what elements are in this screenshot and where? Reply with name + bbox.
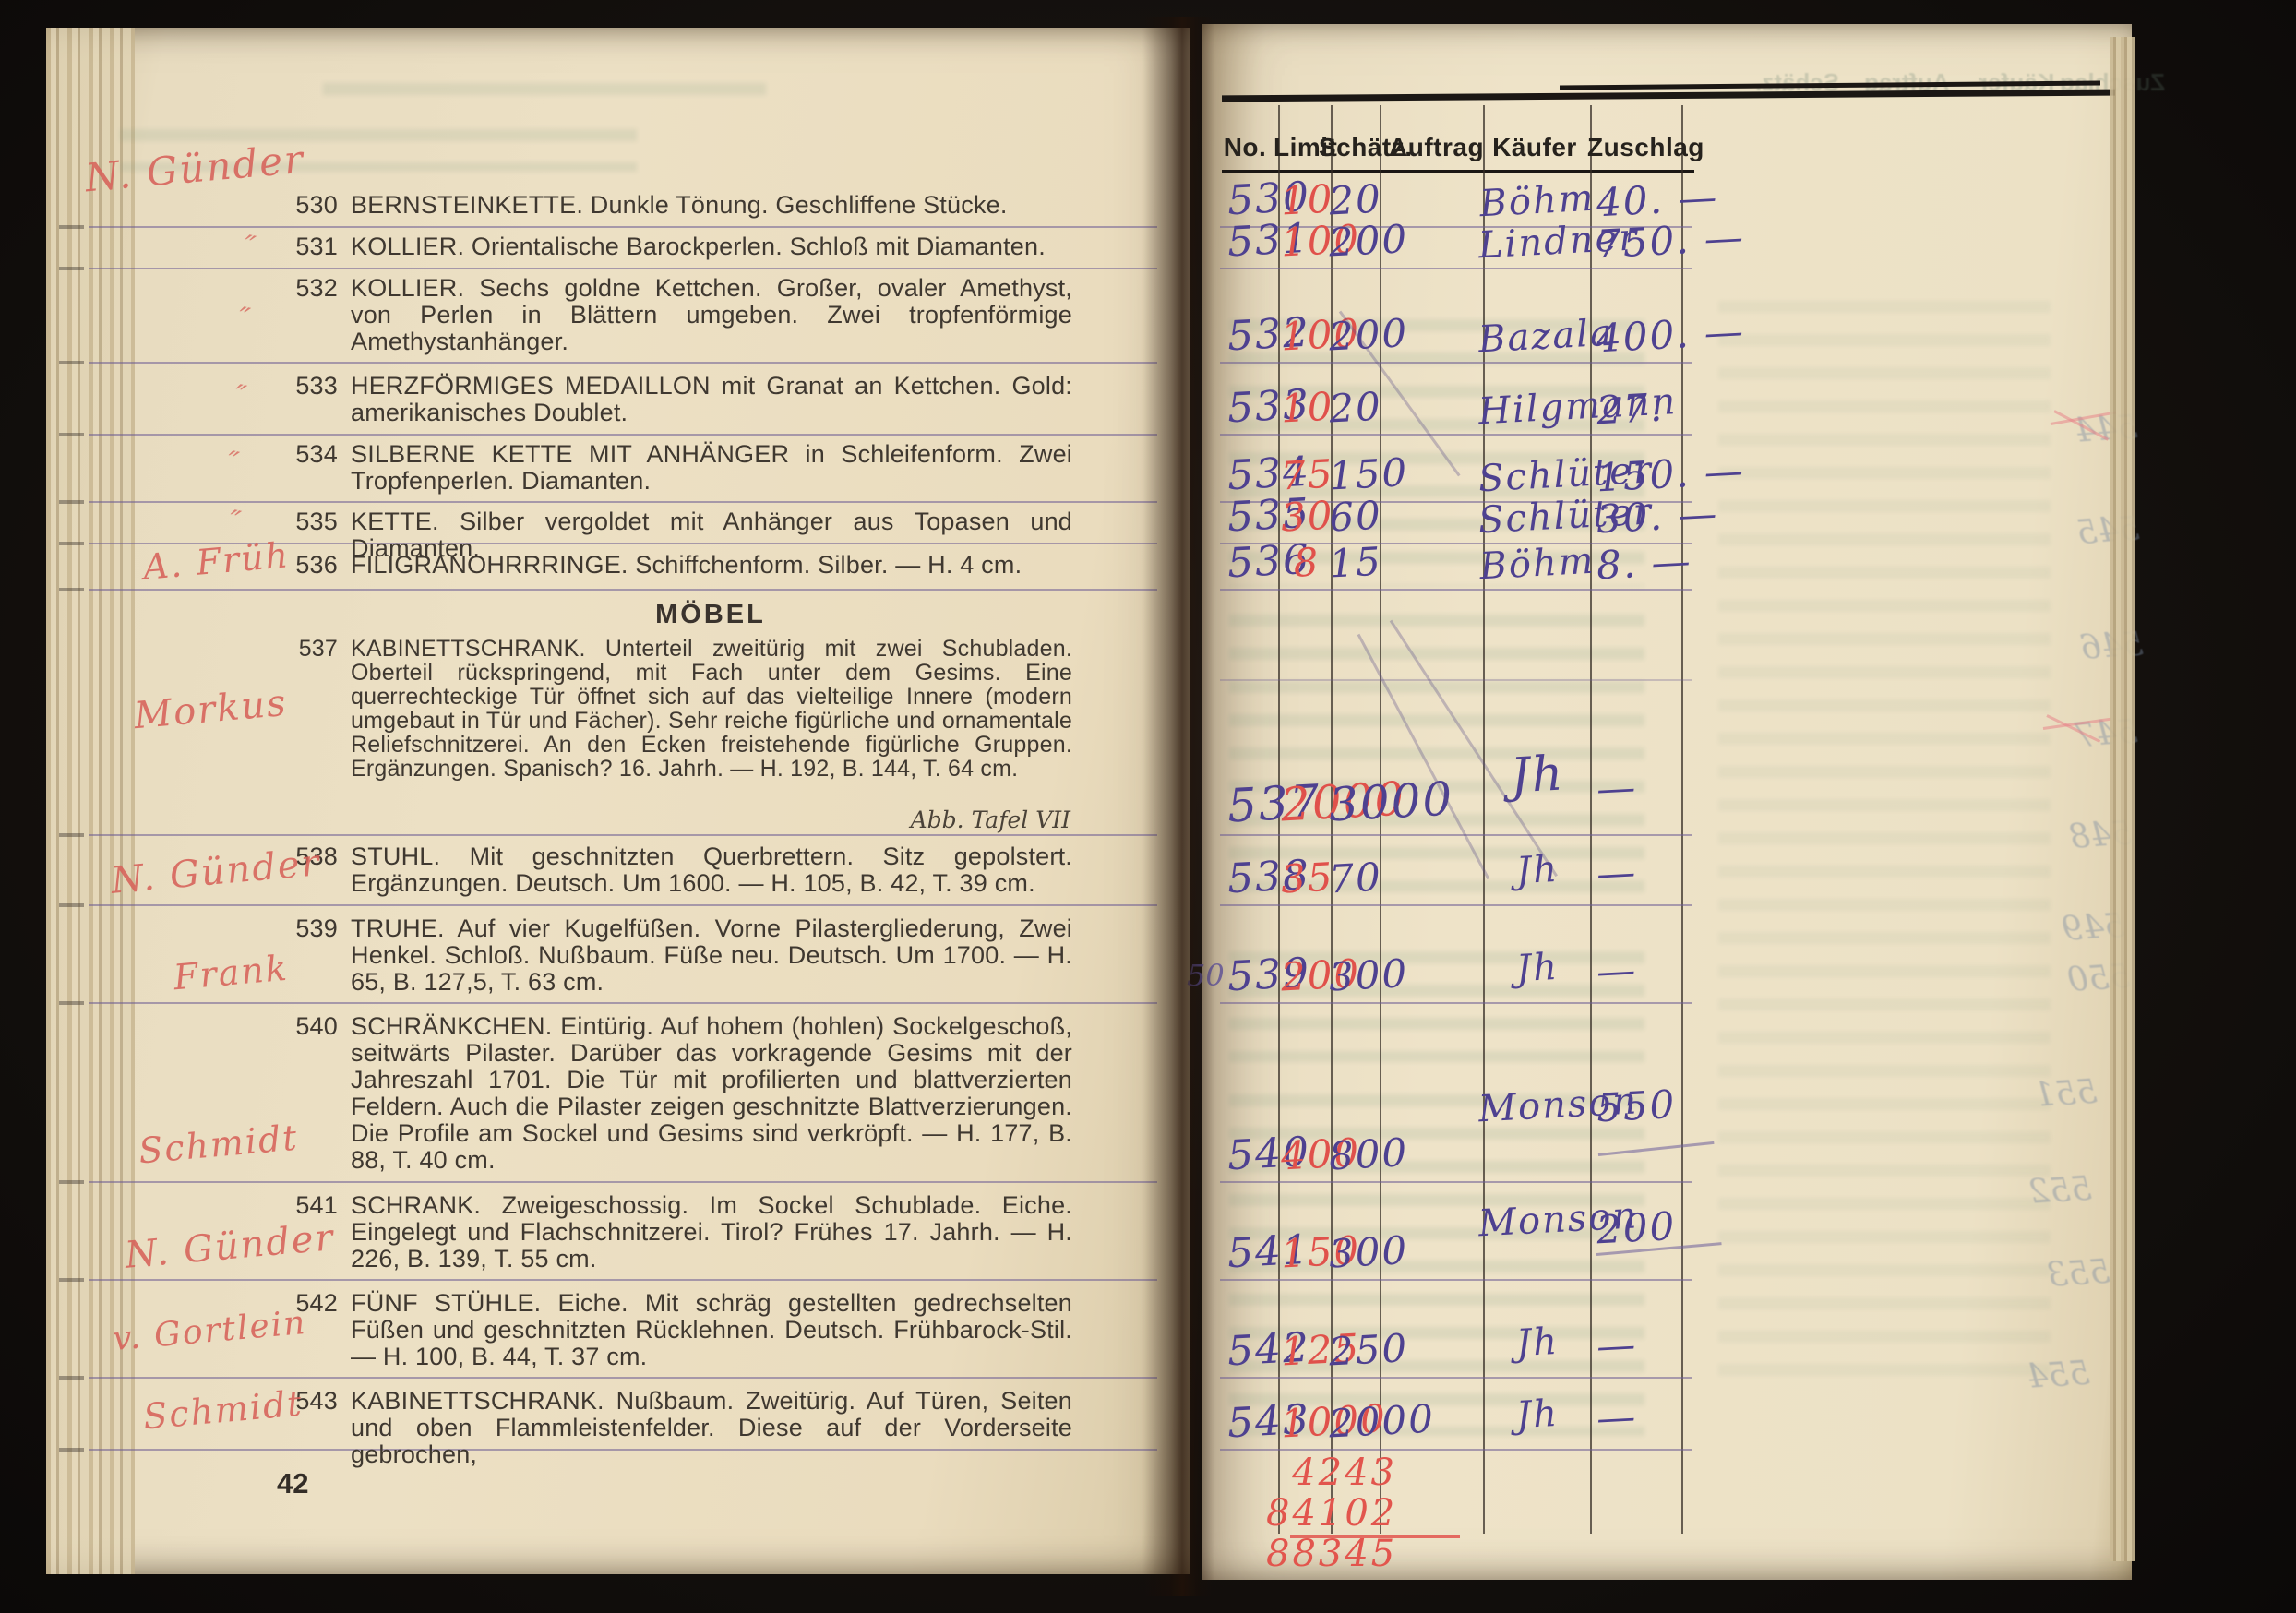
ruled-line (1220, 362, 1692, 364)
estimate: 15 (1328, 539, 1383, 587)
lot-number: 533 (277, 373, 338, 426)
hammer-price: — (1596, 943, 1717, 995)
catalog-entry-542: 542 FÜNF STÜHLE. Eiche. Mit schräg geste… (277, 1290, 1072, 1370)
limit: 8 (1280, 539, 1333, 587)
ledger-row-533: 533 10 20 Hilgmann 27. (1220, 376, 1737, 434)
limit: 200 (1280, 952, 1333, 1000)
totals-block: 4243 84102 88345 (1266, 1452, 1397, 1574)
ruled-line (89, 501, 1157, 503)
ruled-line (89, 268, 1157, 269)
ruled-line (89, 1279, 1157, 1281)
lot-description: TRUHE. Auf vier Kugelfüßen. Vorne Pilast… (351, 915, 1072, 996)
hammer-price: 750. — (1596, 216, 1717, 268)
section-heading: MÖBEL (351, 600, 1070, 630)
margin-ditto: ″ (223, 444, 244, 481)
estimate: 300 (1328, 952, 1383, 1000)
bleed-lot-number: 554 (2026, 1355, 2091, 1397)
ruled-line (1220, 434, 1692, 436)
bleed-through-text (323, 83, 766, 114)
estimate: 70 (1328, 854, 1383, 902)
buyer: Böhm (1477, 540, 1597, 589)
buyer: Hilgmann (1477, 385, 1597, 434)
lot-description: SCHRANK. Zweigeschossig. Im Sockel Schub… (351, 1192, 1072, 1272)
limit: 150 (1280, 1229, 1333, 1277)
ruled-line (89, 1377, 1157, 1379)
lot-description: KOLLIER. Orientalische Barockperlen. Sch… (351, 233, 1072, 260)
lot-description: SILBERNE KETTE MIT ANHÄNGER in Schleifen… (351, 441, 1072, 495)
ledger-row-543: 543 1000 2000 Jh — (1220, 1392, 1737, 1449)
catalog-entry-533: 533 HERZFÖRMIGES MEDAILLON mit Granat an… (277, 373, 1072, 426)
ruled-line (1220, 1279, 1692, 1281)
limit: 100 (1280, 218, 1333, 266)
gutter-note: 50 (1187, 958, 1225, 993)
ruled-line (1220, 1002, 1692, 1004)
ruled-line (1220, 1181, 1692, 1183)
catalog-entry-540: 540 SCHRÄNKCHEN. Eintürig. Auf hohem (ho… (277, 1013, 1072, 1174)
catalog-entry-539: 539 TRUHE. Auf vier Kugelfüßen. Vorne Pi… (277, 915, 1072, 996)
ruled-line (1220, 834, 1692, 836)
ruled-line (89, 1181, 1157, 1183)
bleed-lot-number: 552 (2027, 1170, 2093, 1213)
estimate: 20 (1328, 384, 1383, 432)
buyer: Jh (1477, 1319, 1597, 1368)
ledger-row-532: 532 100 200 Bazala 400. — (1220, 305, 1737, 362)
ledger-row-540: 540 400 800 Monson 550 (1220, 1124, 1737, 1181)
buyer: Lindner (1477, 219, 1597, 268)
ruled-line (89, 1002, 1157, 1004)
ledger-row-531: 531 100 200 Lindner 750. — (1220, 210, 1737, 268)
lot-description: KOLLIER. Sechs goldne Kettchen. Großer, … (351, 275, 1072, 355)
catalog-entry-541: 541 SCHRANK. Zweigeschossig. Im Sockel S… (277, 1192, 1072, 1272)
catalog-entry-531: 531 KOLLIER. Orientalische Barockperlen.… (277, 233, 1072, 260)
hammer-price: 8. — (1596, 537, 1717, 589)
page-fore-edge (2110, 37, 2135, 1561)
ledger-row-539: 539 200 300 Jh — (1220, 945, 1737, 1002)
column-header-zuschlag: Zuschlag (1587, 133, 1678, 162)
lot-description: KABINETTSCHRANK. Nußbaum. Zweitürig. Auf… (351, 1388, 1072, 1468)
estimate: 3000 (1328, 776, 1384, 832)
catalog-entry-532: 532 KOLLIER. Sechs goldne Kettchen. Groß… (277, 275, 1072, 355)
margin-annotation: Morkus (132, 682, 289, 737)
hammer-price: — (1596, 845, 1717, 897)
margin-ditto: ″ (240, 228, 260, 265)
limit: 2000 (1280, 776, 1334, 832)
lot-description: KABINETTSCHRANK. Unterteil zweitürig mit… (351, 637, 1072, 781)
limit: 125 (1280, 1327, 1333, 1375)
bleed-lot-number: 553 (2046, 1253, 2111, 1296)
left-page: 530 BERNSTEINKETTE. Dunkle Tönung. Gesch… (46, 28, 1190, 1574)
catalog-entry-536: 536 FILIGRANOHRRRINGE. Schiffchenform. S… (277, 552, 1072, 579)
margin-ditto: ″ (231, 377, 251, 414)
bleed-through-text (1718, 301, 2051, 1390)
column-header-no: No. (1213, 133, 1277, 162)
total-line-1: 4243 (1266, 1452, 1397, 1493)
plate-reference: Abb. Tafel VII (351, 806, 1070, 833)
column-header-kaeufer: Käufer (1490, 133, 1579, 162)
ledger-row-536: 536 8 15 Böhm 8. — (1220, 532, 1737, 589)
buyer: Jh (1477, 1391, 1597, 1440)
catalog-entry-543: 543 KABINETTSCHRANK. Nußbaum. Zweitürig.… (277, 1388, 1072, 1468)
ruled-line (1220, 679, 1692, 681)
ledger-row-537: 537 2000 3000 Jh — (1220, 777, 1737, 834)
limit: 100 (1280, 312, 1333, 360)
lot-number: 534 (277, 441, 338, 495)
estimate: 200 (1328, 218, 1383, 266)
right-page: Schätz. Auftrag Käufer Zuschlag No. Limi… (1202, 24, 2132, 1580)
margin-annotation: Schmidt (137, 1117, 300, 1172)
limit: 1000 (1280, 1399, 1333, 1447)
catalog-entry-537: 537 KABINETTSCHRANK. Unterteil zweitürig… (277, 637, 1072, 781)
page-number: 42 (277, 1467, 308, 1500)
ruled-line (89, 362, 1157, 364)
buyer: Monson (1477, 1197, 1597, 1246)
column-header-schaetz: Schätz. (1319, 133, 1383, 162)
lot-description: FÜNF STÜHLE. Eiche. Mit schräg gestellte… (351, 1290, 1072, 1370)
lot-number: 532 (277, 275, 338, 355)
ruled-line (89, 834, 1157, 836)
ruled-line (89, 904, 1157, 906)
catalog-entry-538: 538 STUHL. Mit geschnitzten Querbrettern… (277, 843, 1072, 897)
hammer-price: — (1596, 760, 1717, 812)
margin-ditto: ″ (234, 300, 255, 337)
limit: 35 (1280, 854, 1333, 902)
bleed-lot-number: 551 (2033, 1073, 2099, 1116)
totals-underline (1290, 1535, 1460, 1538)
buyer: Bazala (1477, 313, 1597, 362)
hammer-price: 27. (1596, 382, 1717, 434)
lot-number: 530 (277, 192, 338, 219)
margin-ditto: ″ (225, 503, 245, 540)
hammer-price: — (1596, 1390, 1717, 1441)
column-header-auftrag: Auftrag (1389, 133, 1472, 162)
lot-description: SCHRÄNKCHEN. Eintürig. Auf hohem (hohlen… (351, 1013, 1072, 1174)
total-sum: 88345 (1266, 1534, 1397, 1574)
lot-number: 531 (277, 233, 338, 260)
buyer: Jh (1477, 944, 1597, 993)
hammer-price: — (1596, 1318, 1717, 1369)
ledger-row-542: 542 125 250 Jh — (1220, 1320, 1737, 1377)
ruled-line (1220, 904, 1692, 906)
table-top-border (1222, 90, 2115, 102)
ruled-line (1220, 268, 1692, 269)
ruled-line (89, 589, 1157, 591)
hammer-price: 400. — (1596, 310, 1717, 362)
limit: 400 (1280, 1131, 1333, 1179)
catalog-entry-530: 530 BERNSTEINKETTE. Dunkle Tönung. Gesch… (277, 192, 1072, 219)
buyer: Jh (1477, 846, 1597, 895)
total-line-2: 84102 (1266, 1493, 1397, 1534)
hammer-price: 550 (1596, 1080, 1717, 1131)
margin-annotation: Frank (172, 948, 290, 998)
ledger-row-538: 538 35 70 Jh — (1220, 847, 1737, 904)
lot-description: HERZFÖRMIGES MEDAILLON mit Granat an Ket… (351, 373, 1072, 426)
buyer: Jh (1477, 745, 1598, 806)
lot-description: FILIGRANOHRRRINGE. Schiffchenform. Silbe… (351, 552, 1072, 579)
margin-annotation: N. Günder (83, 137, 306, 201)
estimate: 250 (1328, 1327, 1383, 1375)
estimate: 800 (1328, 1131, 1383, 1179)
ruled-line (89, 434, 1157, 436)
lot-description: BERNSTEINKETTE. Dunkle Tönung. Geschliff… (351, 192, 1072, 219)
buyer: Monson (1477, 1082, 1597, 1131)
ruled-line (1220, 1377, 1692, 1379)
estimate: 300 (1328, 1229, 1383, 1277)
ruled-line (1220, 1449, 1692, 1451)
limit: 10 (1280, 384, 1333, 432)
ruled-line (1220, 589, 1692, 591)
auction-catalog-spread: 530 BERNSTEINKETTE. Dunkle Tönung. Gesch… (0, 0, 2296, 1613)
estimate: 2000 (1328, 1399, 1383, 1447)
catalog-entry-534: 534 SILBERNE KETTE MIT ANHÄNGER in Schle… (277, 441, 1072, 495)
lot-description: STUHL. Mit geschnitzten Querbrettern. Si… (351, 843, 1072, 897)
